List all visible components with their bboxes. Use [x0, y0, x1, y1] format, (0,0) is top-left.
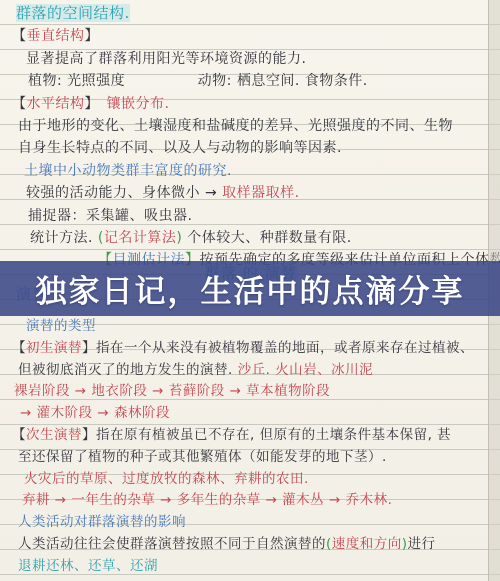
note-line: 统计方法. (记名计算法) 个体较大、种群数量有限. — [10, 227, 484, 249]
ink-segment-red: 记名计算法 — [104, 230, 177, 246]
ink-segment-red: 沙丘. 火山岩、冰川泥 — [238, 362, 374, 378]
ink-segment-black: 捕捉器：采集罐、吸虫器. — [28, 208, 192, 224]
overlay-banner: 独家日记，生活中的点滴分享 — [0, 261, 500, 316]
ink-segment-black: 个体较大、种群数量有限. — [182, 230, 351, 246]
ink-segment-black: 较强的活动能力、身体微小 → — [26, 185, 222, 201]
ink-segment-black: 【 — [12, 427, 26, 443]
note-line: 火灾后的草原、过度放牧的森林、弃耕的农田. — [10, 469, 484, 491]
ink-segment-black: 自身生长特点的不同、以及人与动物的影响等因素. — [18, 140, 342, 156]
ink-segment-black: 但被彻底消灭了的地方发生的演替. — [18, 362, 238, 378]
note-line: 显著提高了群落利用阳光等环境资源的能力. — [10, 48, 484, 70]
ink-segment-red: 速度和方向 — [332, 536, 402, 552]
ink-segment-black: 【 — [12, 340, 26, 356]
note-line: 【初生演替】指在一个从来没有被植物覆盖的地面，或者原来存在过植被、 — [10, 338, 484, 360]
note-line: → 灌木阶段 → 森林阶段 — [10, 403, 484, 425]
ink-segment-blue: 人类活动对群落演替的影响 — [18, 514, 186, 530]
note-line: 退耕还林、还草、还湖 — [10, 556, 484, 578]
note-line: 植物: 光照强度 动物: 栖息空间. 食物条件. — [10, 70, 484, 92]
note-line: 【水平结构】 镶嵌分布. — [10, 93, 484, 115]
note-line: 自身生长特点的不同、以及人与动物的影响等因素. — [10, 137, 484, 159]
ink-segment-black: 显著提高了群落利用阳光等环境资源的能力. — [26, 51, 306, 67]
ink-segment-red: → 灌木阶段 → 森林阶段 — [20, 405, 170, 421]
ink-segment-blue: 土壤中小动物类群丰富度的研究. — [24, 163, 232, 179]
ink-segment-black: 】 — [82, 340, 96, 356]
ink-segment-black: 】 — [85, 96, 107, 112]
ink-segment-black: 植物: 光照强度 动物: 栖息空间. 食物条件. — [28, 73, 368, 89]
ink-segment-black: 指在一个从来没有被植物覆盖的地面，或者原来存在过植被、 — [96, 340, 474, 356]
note-line: 土壤中小动物类群丰富度的研究. — [10, 160, 484, 182]
note-line: 群落的空间结构. — [10, 2, 484, 25]
note-line: 捕捉器：采集罐、吸虫器. — [10, 205, 484, 227]
ink-segment-black: 由于地形的变化、土壤湿度和盐碱度的差异、光照强度的不同、生物 — [18, 118, 453, 134]
ink-segment-red: 火灾后的草原、过度放牧的森林、弃耕的农田. — [24, 471, 309, 487]
note-line: 【次生演替】指在原有植被虽已不存在, 但原有的土壤条件基本保留, 甚 — [10, 425, 484, 447]
note-line: 较强的活动能力、身体微小 → 取样器取样. — [10, 182, 484, 204]
ink-segment-black: 人类活动往往会使群落演替按照不同于自然演替的 — [18, 536, 326, 552]
notes-photo: 群落的空间结构.【垂直结构】显著提高了群落利用阳光等环境资源的能力.植物: 光照… — [0, 0, 500, 581]
ink-segment-teal: 群落的空间结构. — [16, 4, 130, 22]
ink-segment-red: 取样器取样. — [222, 185, 299, 201]
banner-title: 独家日记，生活中的点滴分享 — [36, 266, 465, 311]
ink-segment-red: 次生演替 — [26, 427, 82, 443]
ink-segment-black: 】 — [85, 28, 100, 44]
note-line: 人类活动对群落演替的影响 — [10, 512, 484, 534]
note-line: 演替的类型 — [10, 316, 484, 338]
note-line: 裸岩阶段 → 地衣阶段 → 苔藓阶段 → 草本植物阶段 — [10, 381, 484, 403]
ink-segment-red: 镶嵌分布. — [107, 96, 170, 112]
note-line: 至还保留了植物的种子或其他繁殖体（如能发芽的地下茎）. — [10, 447, 484, 469]
note-line: 【垂直结构】 — [10, 25, 484, 47]
ink-segment-red: 弃耕 → 一年生的杂草 → 多年生的杂草 → 灌木丛 → 乔木林. — [22, 492, 392, 508]
ink-segment-red: 初生演替 — [26, 340, 82, 356]
ink-segment-black: 】 — [82, 427, 96, 443]
note-line: 弃耕 → 一年生的杂草 → 多年生的杂草 → 灌木丛 → 乔木林. — [10, 490, 484, 512]
ink-segment-black: 【 — [12, 96, 27, 112]
ink-segment-black: 指在原有植被虽已不存在, 但原有的土壤条件基本保留, 甚 — [96, 427, 451, 443]
ink-segment-blue: 演替的类型 — [26, 318, 96, 334]
ink-segment-black: 至还保留了植物的种子或其他繁殖体（如能发芽的地下茎）. — [18, 449, 387, 465]
ink-segment-black: 【 — [12, 28, 27, 44]
ink-segment-black: 进行 — [408, 536, 436, 552]
notes-top-section: 群落的空间结构.【垂直结构】显著提高了群落利用阳光等环境资源的能力.植物: 光照… — [10, 2, 484, 272]
ink-segment-red: 裸岩阶段 → 地衣阶段 → 苔藓阶段 → 草本植物阶段 — [14, 383, 330, 399]
ink-segment-red: 水平结构 — [27, 96, 85, 112]
ink-segment-red: 垂直结构 — [27, 28, 85, 44]
note-line: 由于地形的变化、土壤湿度和盐碱度的差异、光照强度的不同、生物 — [10, 115, 484, 137]
note-line: 但被彻底消灭了的地方发生的演替. 沙丘. 火山岩、冰川泥 — [10, 360, 484, 382]
notes-bottom-section: 演替的类型【初生演替】指在一个从来没有被植物覆盖的地面，或者原来存在过植被、但被… — [10, 316, 484, 578]
ink-segment-black: 统计方法. — [30, 230, 98, 246]
note-line: 人类活动往往会使群落演替按照不同于自然演替的(速度和方向)进行 — [10, 534, 484, 556]
ink-segment-teal: 退耕还林、还草、还湖 — [18, 558, 158, 574]
